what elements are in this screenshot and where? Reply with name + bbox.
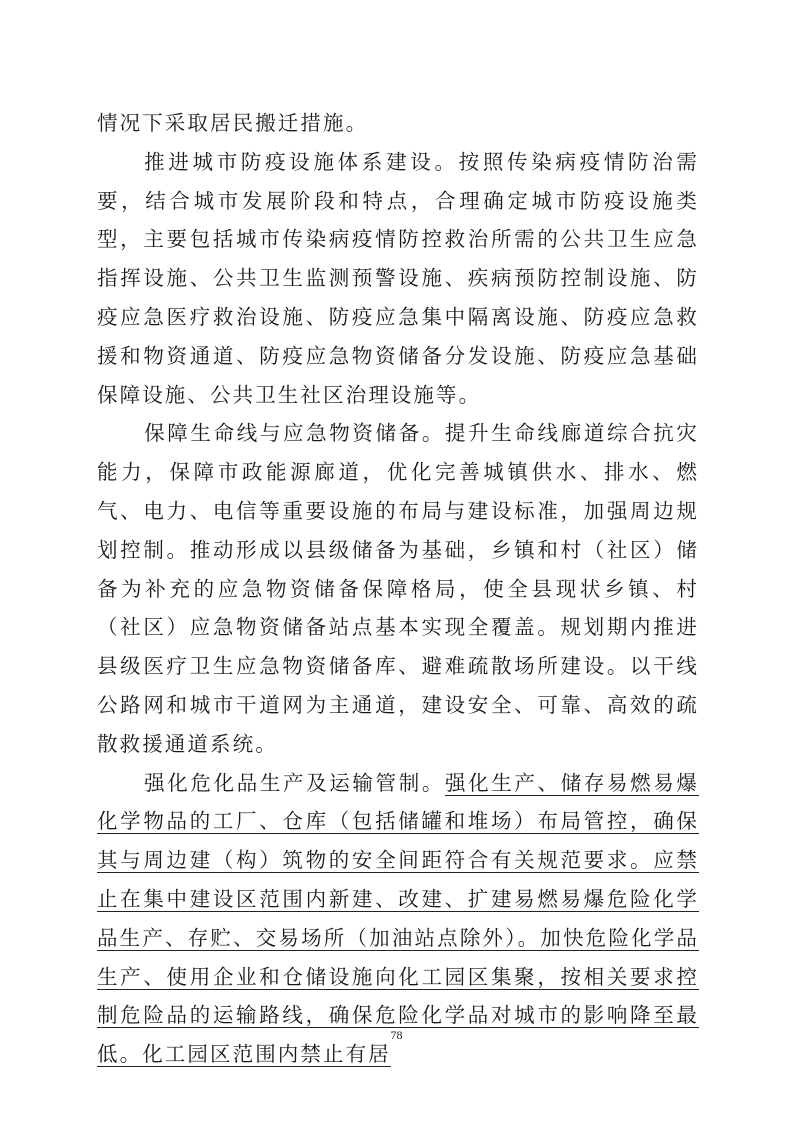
paragraph-body: 情况下采取居民搬迁措施。 bbox=[97, 111, 368, 135]
paragraph-heading: 保障生命线与应急物资储备。 bbox=[144, 421, 445, 445]
paragraph-heading: 推进城市防疫设施体系建设。 bbox=[144, 150, 459, 174]
paragraph-heading: 强化危化品生产及运输管制。 bbox=[144, 771, 445, 795]
paragraph-epidemic-facilities: 推进城市防疫设施体系建设。按照传染病疫情防治需要，结合城市发展阶段和特点，合理确… bbox=[97, 143, 699, 415]
paragraph-lifeline-reserves: 保障生命线与应急物资储备。提升生命线廊道综合抗灾能力，保障市政能源廊道，优化完善… bbox=[97, 414, 699, 763]
paragraph-body: 按照传染病疫情防治需要，结合城市发展阶段和特点，合理确定城市防疫设施类型，主要包… bbox=[97, 150, 699, 407]
underlined-text: 强化生产、储存易燃易爆化学物品的工厂、仓库（包括储罐和堆场）布局管控，确保其与周… bbox=[97, 771, 699, 1067]
page-number: 78 bbox=[0, 1028, 793, 1043]
paragraph-continuation: 情况下采取居民搬迁措施。 bbox=[97, 104, 699, 143]
paragraph-body: 提升生命线廊道综合抗灾能力，保障市政能源廊道，优化完善城镇供水、排水、燃气、电力… bbox=[97, 421, 699, 755]
document-page: 情况下采取居民搬迁措施。 推进城市防疫设施体系建设。按照传染病疫情防治需要，结合… bbox=[97, 104, 699, 1074]
